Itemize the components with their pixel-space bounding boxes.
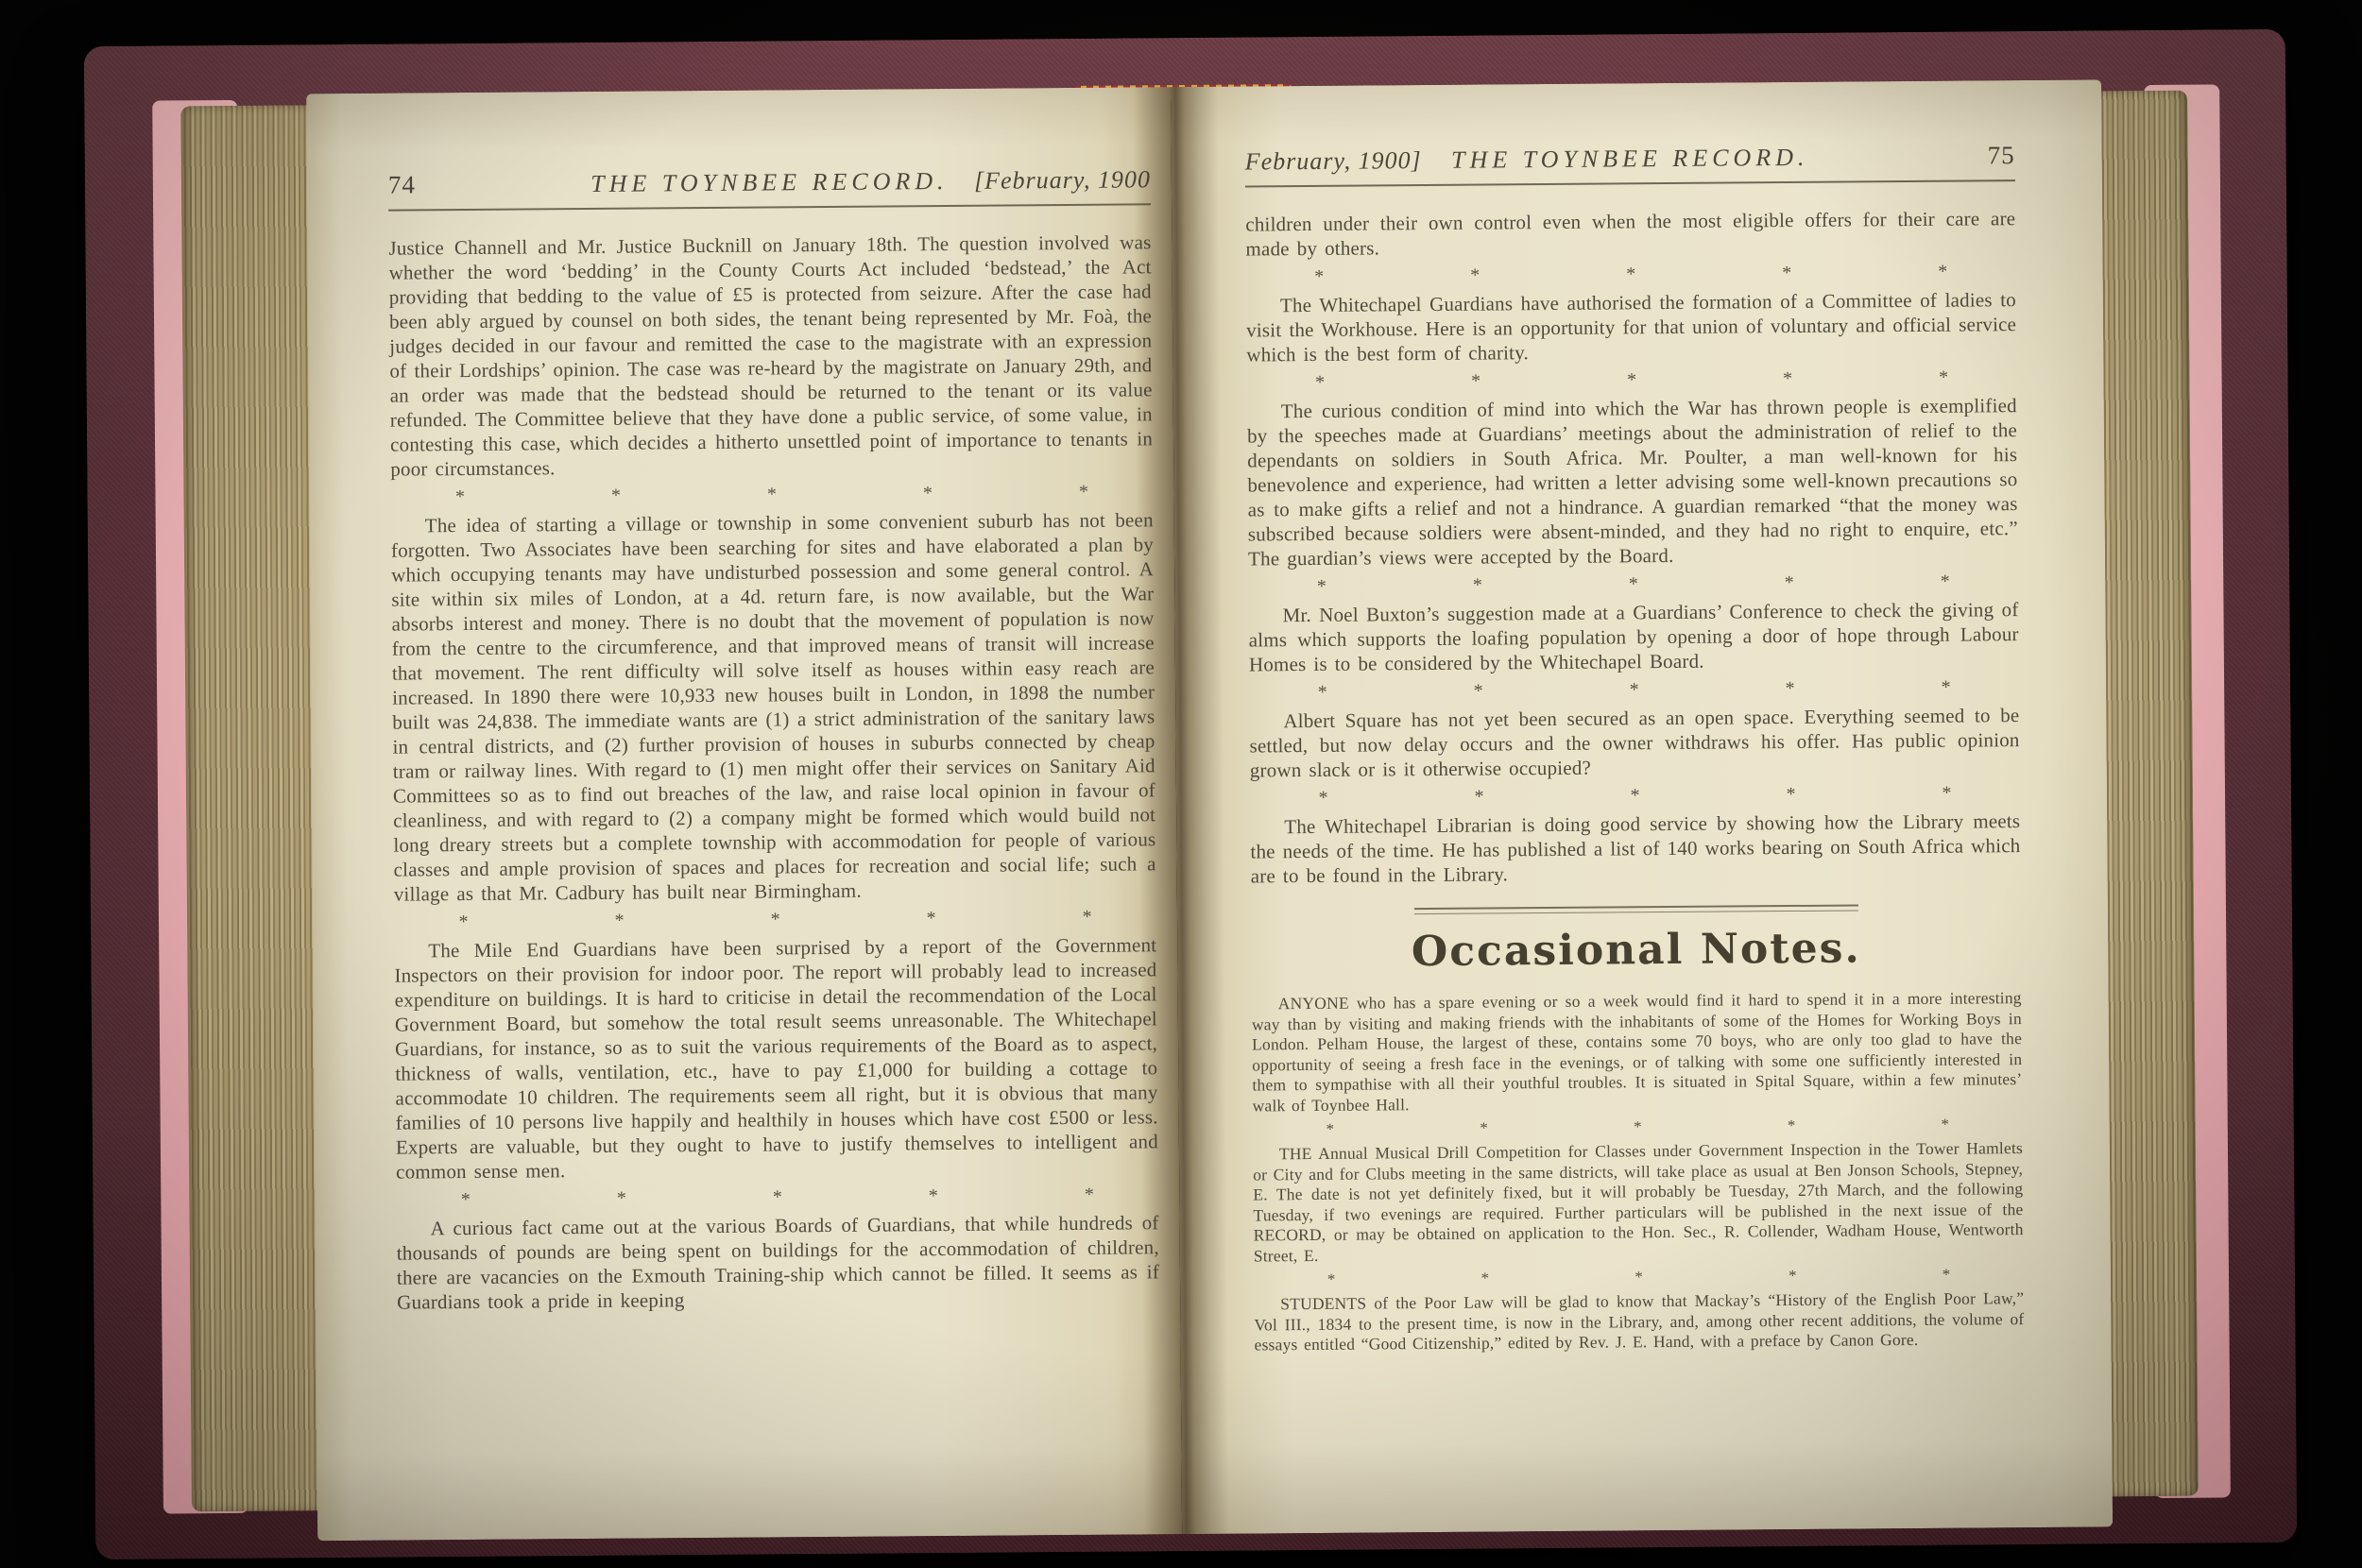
page-body-right: children under their own control even wh… [1245, 206, 2024, 1355]
paragraph: Justice Channell and Mr. Justice Bucknil… [388, 230, 1153, 481]
paragraph: THE Annual Musical Drill Competition for… [1253, 1138, 2024, 1266]
page-left: 74 THE TOYNBEE RECORD. [February, 1900 J… [306, 87, 1182, 1541]
page-number-left: 74 [388, 170, 416, 199]
paragraph: The Whitechapel Librarian is doing good … [1250, 809, 2021, 888]
header-rule [1245, 179, 2015, 187]
page-right: February, 1900] THE TOYNBEE RECORD. 75 c… [1171, 79, 2113, 1534]
section-heading: Occasional Notes. [1251, 923, 2021, 977]
page-header-right: February, 1900] THE TOYNBEE RECORD. 75 [1245, 141, 2015, 176]
book: 74 THE TOYNBEE RECORD. [February, 1900 J… [84, 29, 2298, 1559]
issue-date: February, 1900] [1245, 146, 1422, 176]
section-divider [1413, 904, 1857, 914]
paragraph: STUDENTS of the Poor Law will be glad to… [1254, 1288, 2024, 1355]
page-body-left: Justice Channell and Mr. Justice Bucknil… [388, 230, 1159, 1314]
paragraph: The idea of starting a village or townsh… [391, 507, 1156, 906]
photo-background: 74 THE TOYNBEE RECORD. [February, 1900 J… [0, 0, 2362, 1568]
journal-title: THE TOYNBEE RECORD. [1451, 144, 1809, 175]
paragraph: The curious condition of mind into which… [1247, 393, 2018, 571]
open-pages: 74 THE TOYNBEE RECORD. [February, 1900 J… [306, 79, 2113, 1541]
paragraph: ANYONE who has a spare evening or so a w… [1252, 988, 2023, 1116]
paragraph: children under their own control even wh… [1245, 206, 2015, 261]
header-rule [388, 203, 1151, 211]
page-header-left: 74 THE TOYNBEE RECORD. [February, 1900 [388, 164, 1151, 199]
paragraph: The Whitechapel Guardians have authorise… [1246, 287, 2017, 366]
paragraph: Albert Square has not yet been secured a… [1249, 703, 2020, 782]
occasional-notes-section: ANYONE who has a spare evening or so a w… [1252, 988, 2025, 1355]
issue-date: [February, 1900 [974, 165, 1151, 195]
paragraph: The Mile End Guardians have been surpris… [394, 932, 1158, 1184]
paragraph: Mr. Noel Buxton’s suggestion made at a G… [1248, 597, 2019, 676]
paragraph: A curious fact came out at the various B… [396, 1210, 1159, 1314]
page-number-right: 75 [1988, 141, 2015, 170]
journal-title: THE TOYNBEE RECORD. [590, 167, 949, 198]
